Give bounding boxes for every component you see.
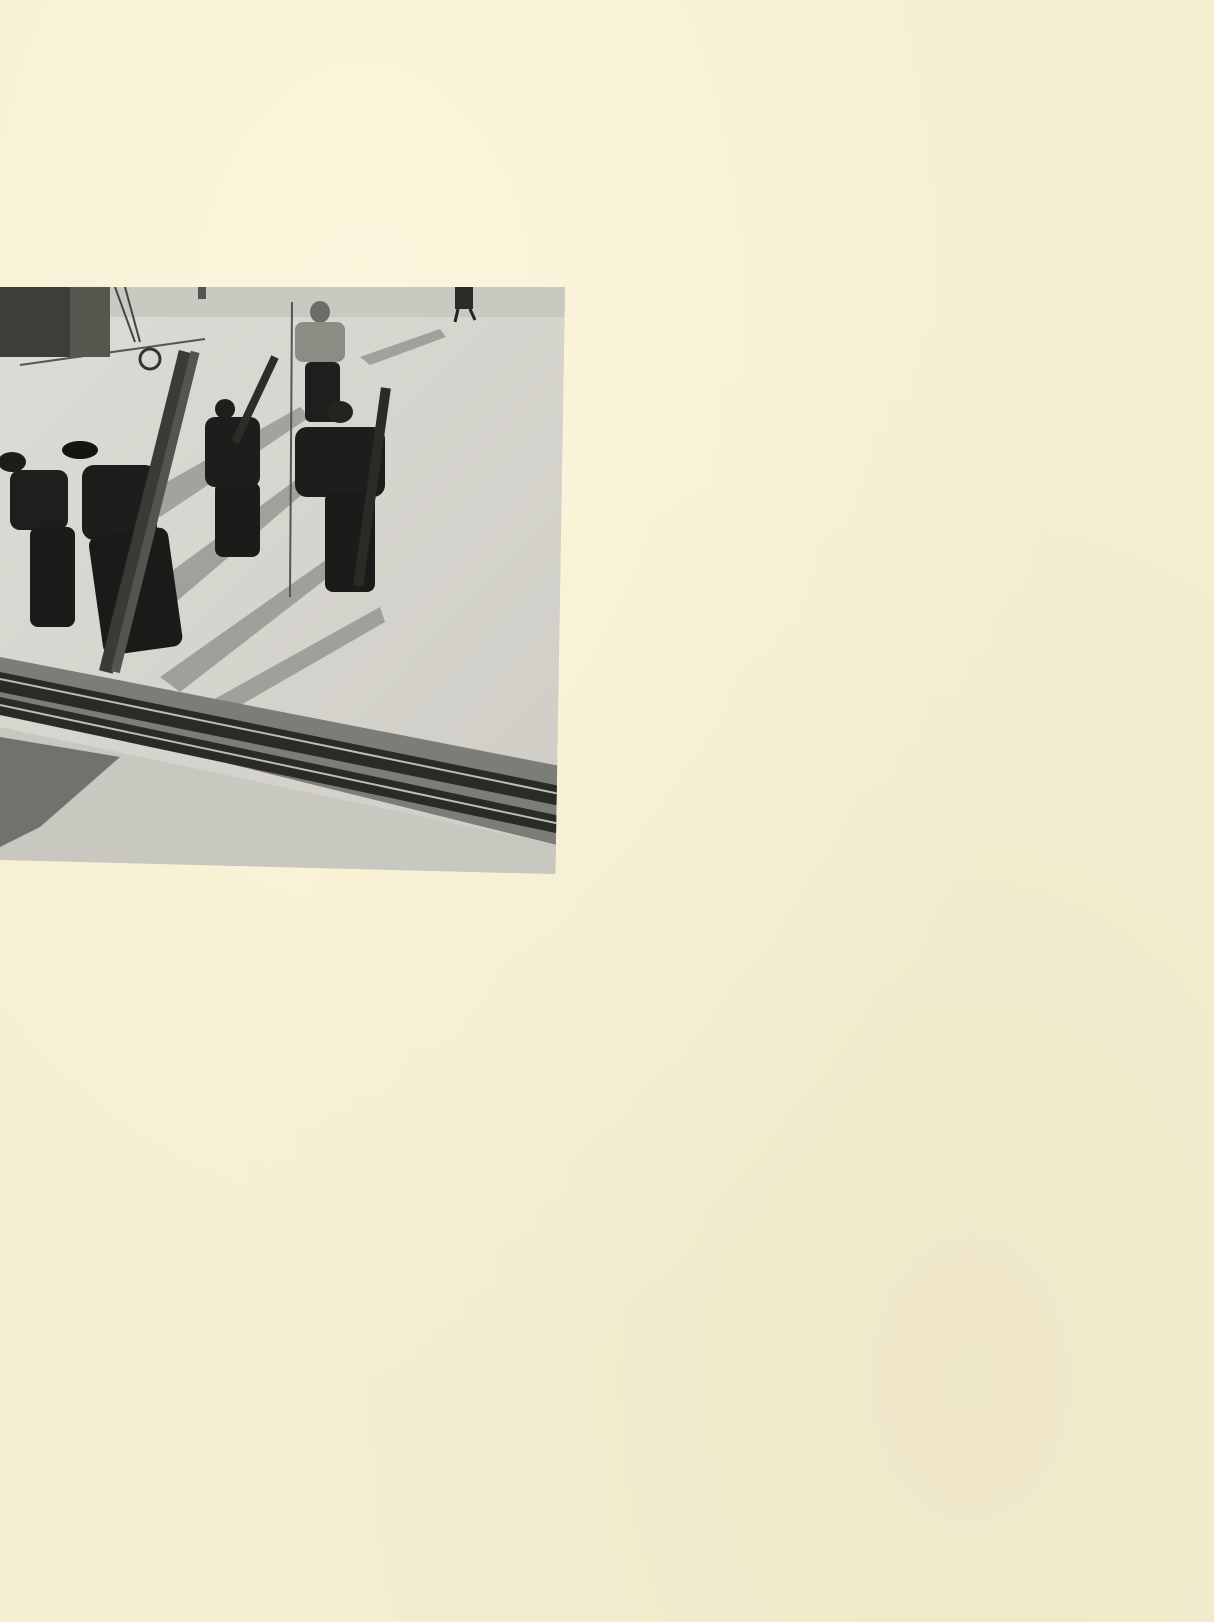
mounted-photograph [0,287,565,874]
album-page [0,0,1214,1622]
skiers-photo-illustration [0,287,565,874]
